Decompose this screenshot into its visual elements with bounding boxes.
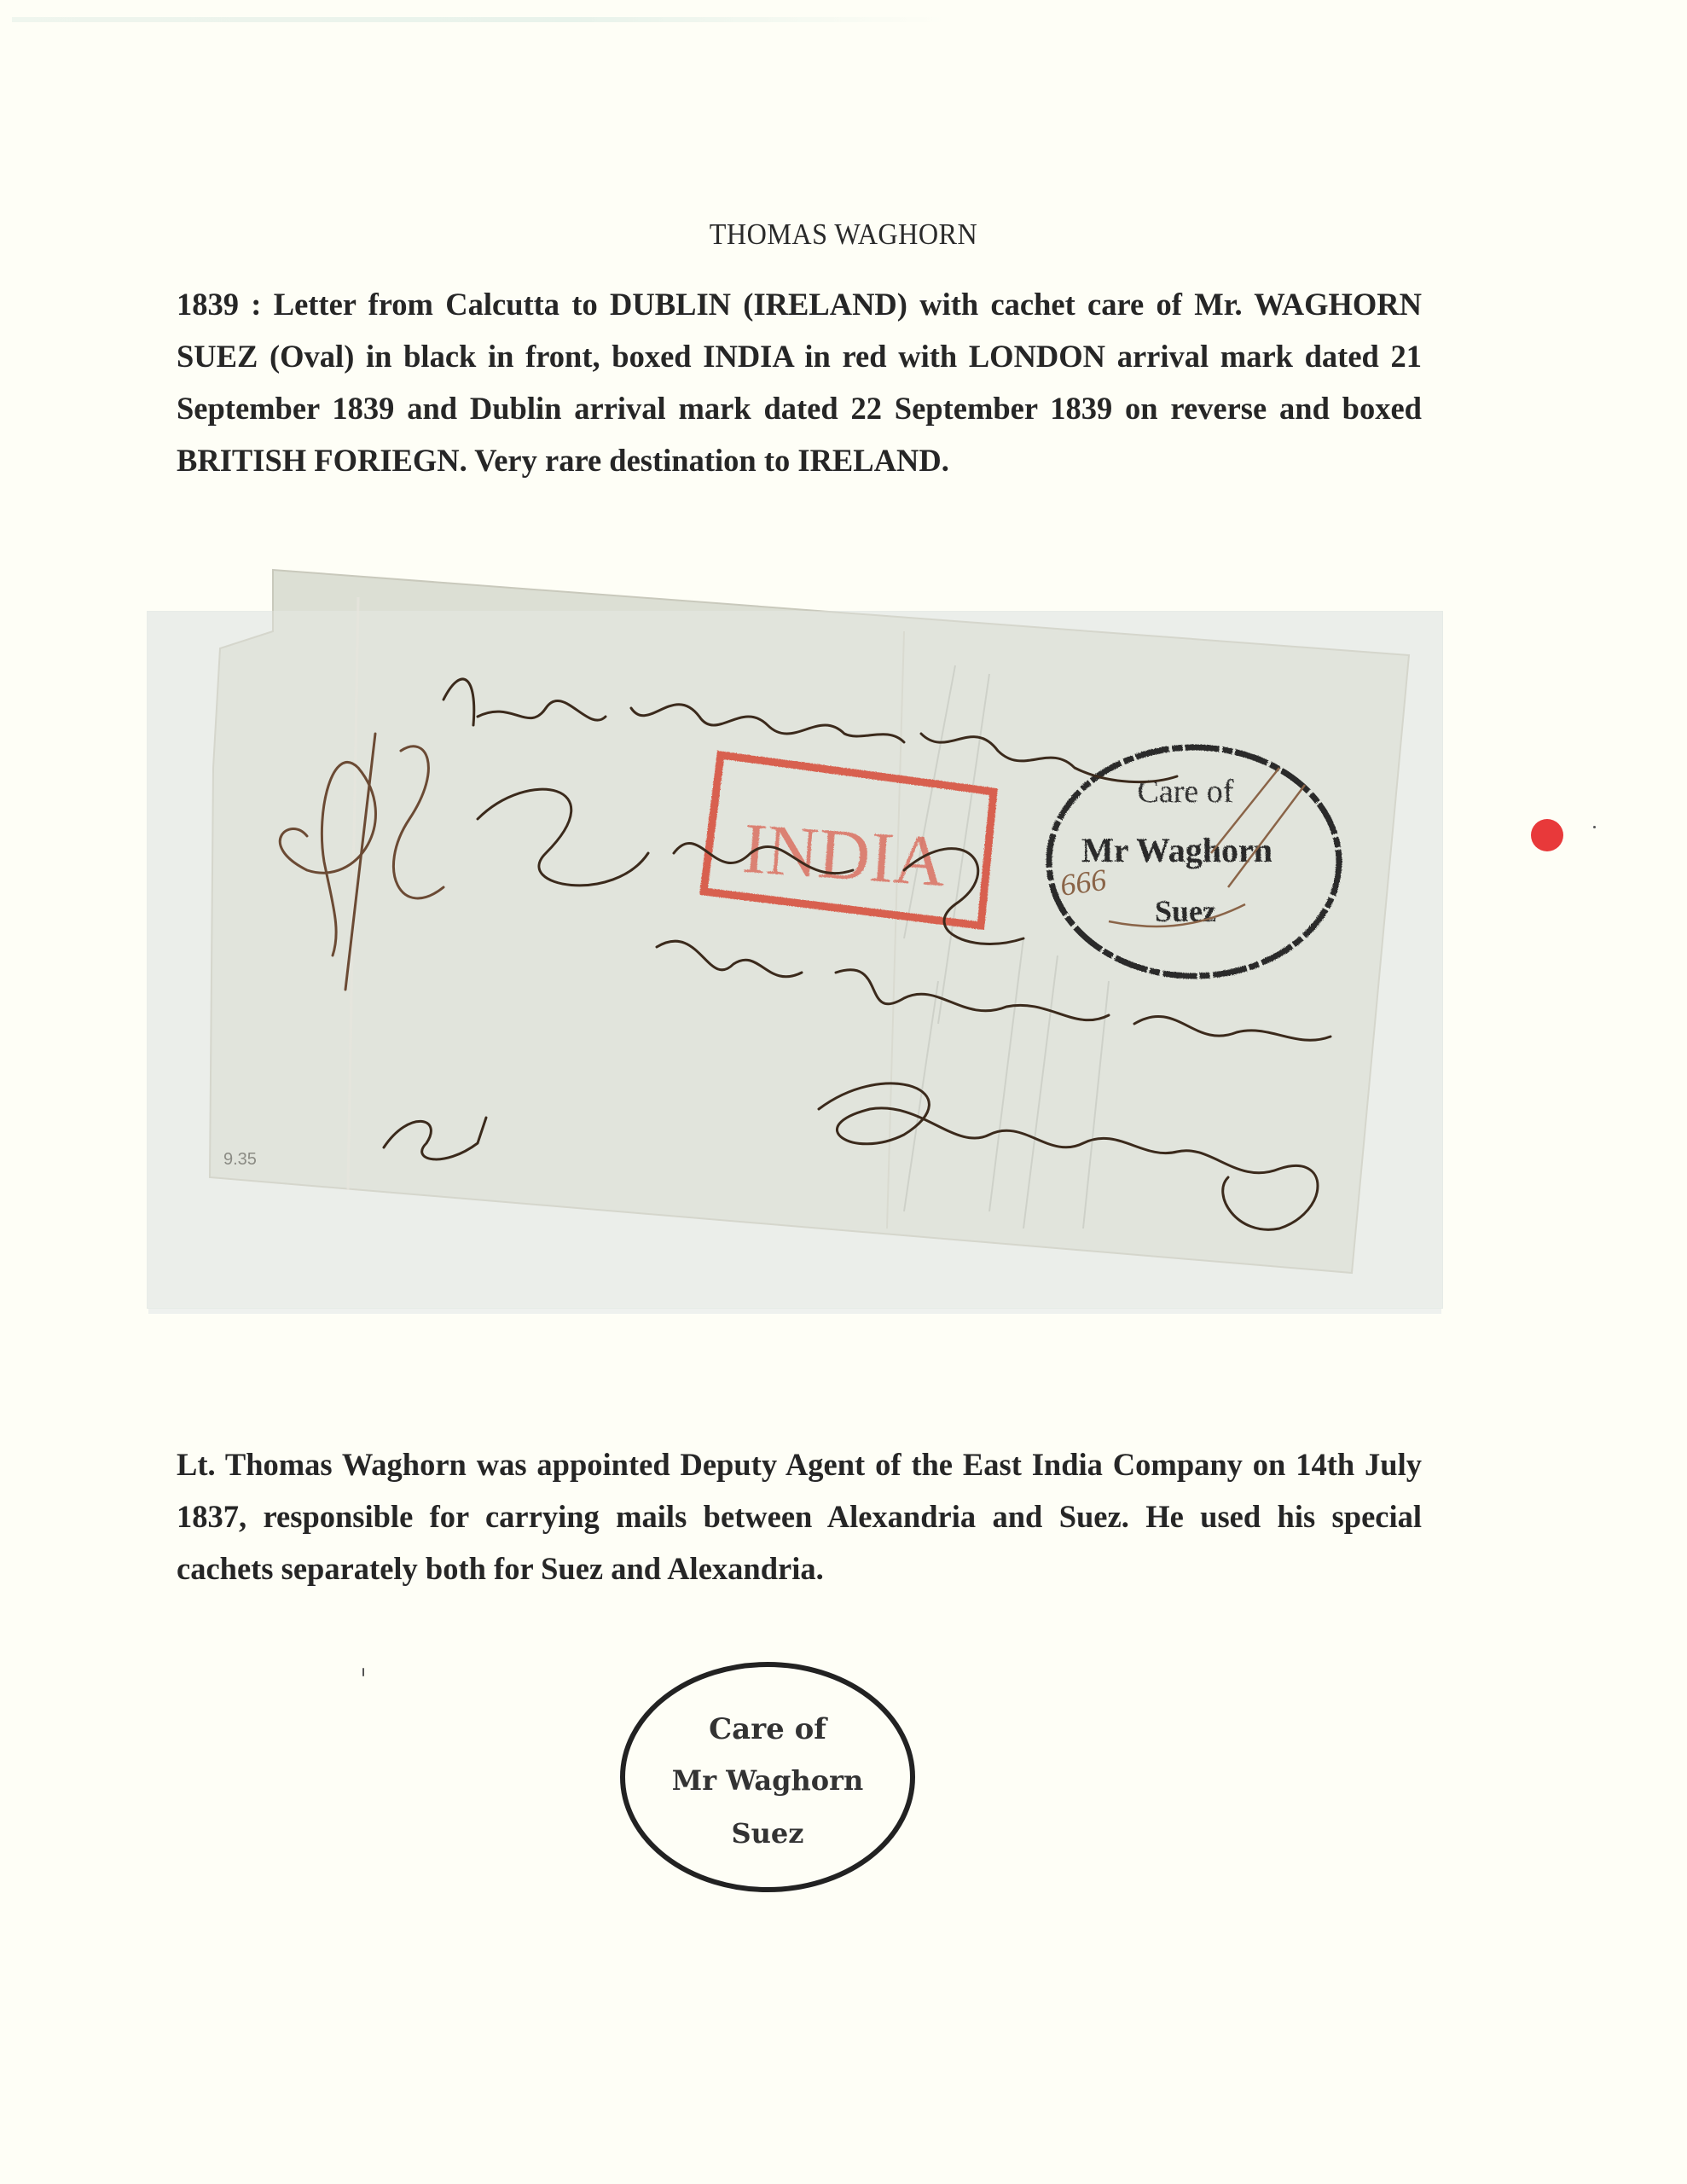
dust-speck bbox=[362, 1668, 364, 1676]
svg-text:Suez: Suez bbox=[732, 1817, 804, 1850]
svg-text:INDIA: INDIA bbox=[740, 809, 948, 902]
svg-text:Care of: Care of bbox=[1138, 774, 1234, 810]
dust-speck bbox=[1593, 826, 1596, 828]
svg-text:Care of: Care of bbox=[709, 1712, 828, 1746]
svg-text:Mr Waghorn: Mr Waghorn bbox=[672, 1764, 863, 1797]
letter-cover-image: INDIA Care of Mr Waghorn Suez 666 9.35 bbox=[0, 0, 1687, 1331]
svg-text:9.35: 9.35 bbox=[223, 1150, 257, 1169]
history-line: cachets separately both for Suez and Ale… bbox=[177, 1542, 1422, 1594]
cachet-illustration: Care of Mr Waghorn Suez bbox=[614, 1653, 921, 1901]
red-marker-dot bbox=[1531, 819, 1563, 851]
history-paragraph: Lt. Thomas Waghorn was appointed Deputy … bbox=[177, 1438, 1422, 1594]
history-line: Lt. Thomas Waghorn was appointed Deputy … bbox=[177, 1438, 1422, 1490]
svg-text:666: 666 bbox=[1058, 863, 1109, 903]
svg-text:Mr Waghorn: Mr Waghorn bbox=[1081, 831, 1272, 869]
history-line: 1837, responsible for carrying mails bet… bbox=[177, 1490, 1422, 1542]
